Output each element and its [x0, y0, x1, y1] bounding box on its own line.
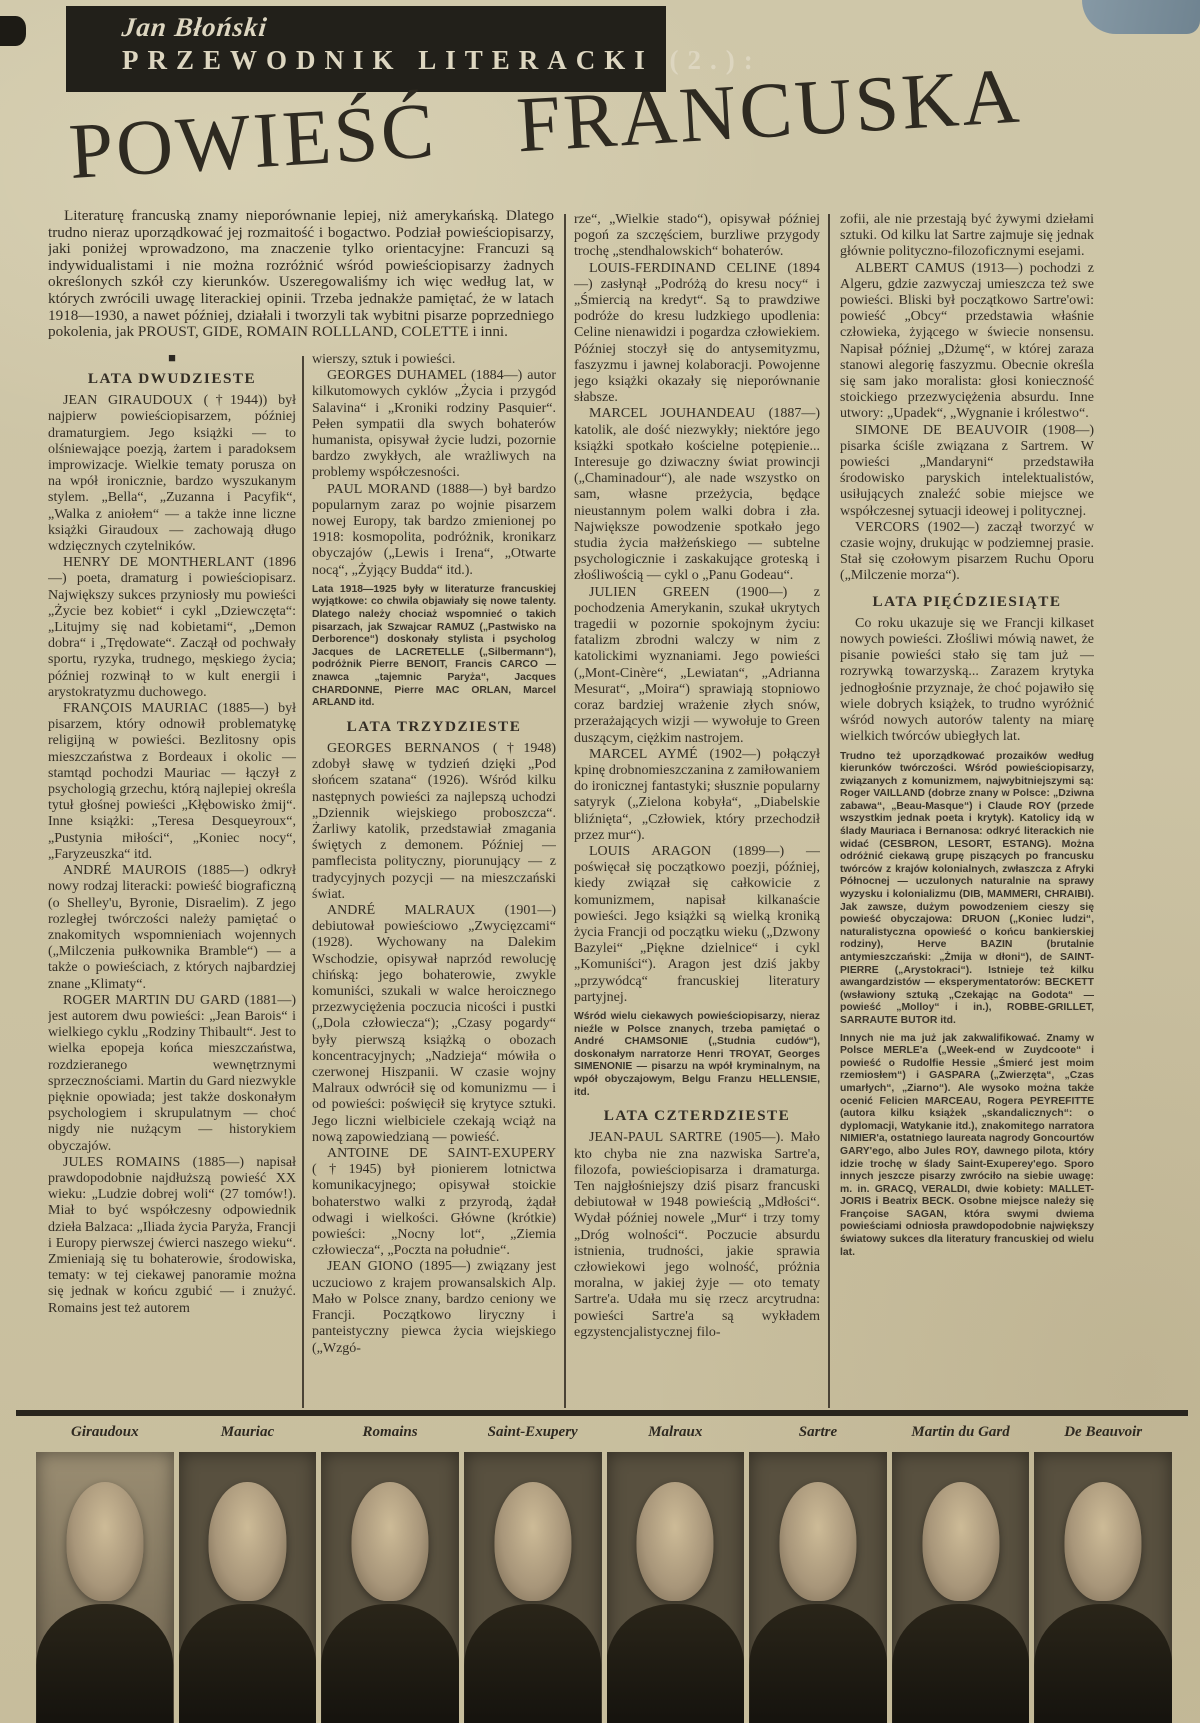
- smallprint-1918-1925: Lata 1918—1925 były w literaturze francu…: [312, 584, 556, 710]
- para-sartre-continuation: zofii, ale nie przestają być żywymi dzie…: [840, 212, 1094, 261]
- para-ayme: MARCEL AYMÉ (1902—) połączył kpinę drobn…: [574, 747, 820, 844]
- portrait-photo-malraux: [607, 1452, 745, 1723]
- para-camus: ALBERT CAMUS (1913—) pochodzi z Algeru, …: [840, 261, 1094, 423]
- para-romains: JULES ROMAINS (1885—) napisał prawdopodo…: [48, 1155, 296, 1317]
- portrait-photo-martin-du-gard: [892, 1452, 1030, 1723]
- intro-block: Literaturę francuską znamy nieporównanie…: [48, 208, 554, 350]
- portrait-photo-saint-exupery: [464, 1452, 602, 1723]
- para-mauriac: FRANÇOIS MAURIAC (1885—) był pisarzem, k…: [48, 701, 296, 863]
- para-sartre: JEAN-PAUL SARTRE (1905—). Mało kto chyba…: [574, 1130, 820, 1341]
- photo-strip: [36, 1452, 1172, 1723]
- author-byline: Jan Błoński: [120, 12, 269, 43]
- para-giraudoux: JEAN GIRAUDOUX (†1944)) był najpierw pow…: [48, 393, 296, 555]
- column-rule-2: [564, 214, 566, 1408]
- portrait-photo-giraudoux: [36, 1452, 174, 1723]
- portrait-photo-de-beauvoir: [1034, 1452, 1172, 1723]
- column-rule-1: [302, 356, 304, 1408]
- section-bullet: ■: [48, 354, 296, 362]
- photo-captions-row: Giraudoux Mauriac Romains Saint-Exupery …: [36, 1424, 1172, 1441]
- caption-giraudoux: Giraudoux: [36, 1424, 174, 1441]
- newspaper-page: { "masthead": { "author": "Jan Błoński",…: [0, 0, 1200, 1723]
- para-green: JULIEN GREEN (1900—) z pochodzenia Amery…: [574, 585, 820, 747]
- para-jouhandeau: MARCEL JOUHANDEAU (1887—) katolik, ale d…: [574, 406, 820, 584]
- para-romains-continuation: wierszy, sztuk i powieści.: [312, 352, 556, 368]
- smallprint-chamson-troyat: Wśród wielu ciekawych powieściopisarzy, …: [574, 1011, 820, 1099]
- para-giono: JEAN GIONO (1895—) związany jest uczucio…: [312, 1259, 556, 1356]
- portrait-photo-mauriac: [179, 1452, 317, 1723]
- smallprint-fifties-others: Innych nie ma już jak zakwalifikować. Zn…: [840, 1033, 1094, 1260]
- section-heading-lata-trzydzieste: LATA TRZYDZIESTE: [312, 719, 556, 735]
- para-malraux: ANDRÉ MALRAUX (1901—) debiutował powieśc…: [312, 903, 556, 1146]
- section-heading-lata-czterdzieste: LATA CZTERDZIESTE: [574, 1108, 820, 1124]
- para-montherlant: HENRY DE MONTHERLANT (1896—) poeta, dram…: [48, 555, 296, 701]
- para-morand: PAUL MORAND (1888—) był bardzo popularny…: [312, 482, 556, 579]
- column-2: wierszy, sztuk i powieści. GEORGES DUHAM…: [312, 352, 556, 1408]
- column-rule-3: [828, 214, 830, 1408]
- para-vercors: VERCORS (1902—) zaczął tworzyć w czasie …: [840, 520, 1094, 585]
- caption-martin-du-gard: Martin du Gard: [892, 1424, 1030, 1441]
- portrait-photo-romains: [321, 1452, 459, 1723]
- column-1: ■ LATA DWUDZIESTE JEAN GIRAUDOUX (†1944)…: [48, 352, 296, 1408]
- section-heading-lata-piecdziesiate: LATA PIĘĆDZIESIĄTE: [840, 594, 1094, 610]
- caption-saint-exupery: Saint-Exupery: [464, 1424, 602, 1441]
- para-giono-continuation: rze“, „Wielkie stado“), opisywał później…: [574, 212, 820, 261]
- section-heading-lata-dwudzieste: LATA DWUDZIESTE: [48, 371, 296, 387]
- paper-nick-artifact: [0, 16, 26, 46]
- photo-strip-rule: [16, 1410, 1188, 1416]
- portrait-photo-sartre: [749, 1452, 887, 1723]
- caption-mauriac: Mauriac: [179, 1424, 317, 1441]
- para-bernanos: GEORGES BERNANOS (†1948) zdobył sławę w …: [312, 741, 556, 903]
- column-4: zofii, ale nie przestają być żywymi dzie…: [840, 212, 1094, 1410]
- smallprint-fifties-groups: Trudno też uporządkować prozaików według…: [840, 751, 1094, 1028]
- caption-de-beauvoir: De Beauvoir: [1034, 1424, 1172, 1441]
- intro-paragraph: Literaturę francuską znamy nieporównanie…: [48, 208, 554, 341]
- para-fifties-overview: Co roku ukazuje się we Francji kilkaset …: [840, 616, 1094, 746]
- column-3: rze“, „Wielkie stado“), opisywał później…: [574, 212, 820, 1408]
- para-celine: LOUIS-FERDINAND CELINE (1894—) zasłynął …: [574, 261, 820, 407]
- caption-sartre: Sartre: [749, 1424, 887, 1441]
- para-maurois: ANDRÉ MAUROIS (1885—) odkrył nowy rodzaj…: [48, 863, 296, 993]
- para-martin-du-gard: ROGER MARTIN DU GARD (1881—) jest autore…: [48, 993, 296, 1155]
- caption-malraux: Malraux: [607, 1424, 745, 1441]
- para-duhamel: GEORGES DUHAMEL (1884—) autor kilkutomow…: [312, 368, 556, 481]
- para-aragon: LOUIS ARAGON (1899—) — poświęcał się poc…: [574, 844, 820, 1006]
- series-kicker: PRZEWODNIK LITERACKI (2.):: [122, 45, 652, 76]
- paper-tear-artifact: [1082, 0, 1200, 34]
- caption-romains: Romains: [321, 1424, 459, 1441]
- para-saint-exupery: ANTOINE DE SAINT-EXUPERY (†1945) był pio…: [312, 1146, 556, 1259]
- para-beauvoir: SIMONE DE BEAUVOIR (1908—) pisarka ściśl…: [840, 423, 1094, 520]
